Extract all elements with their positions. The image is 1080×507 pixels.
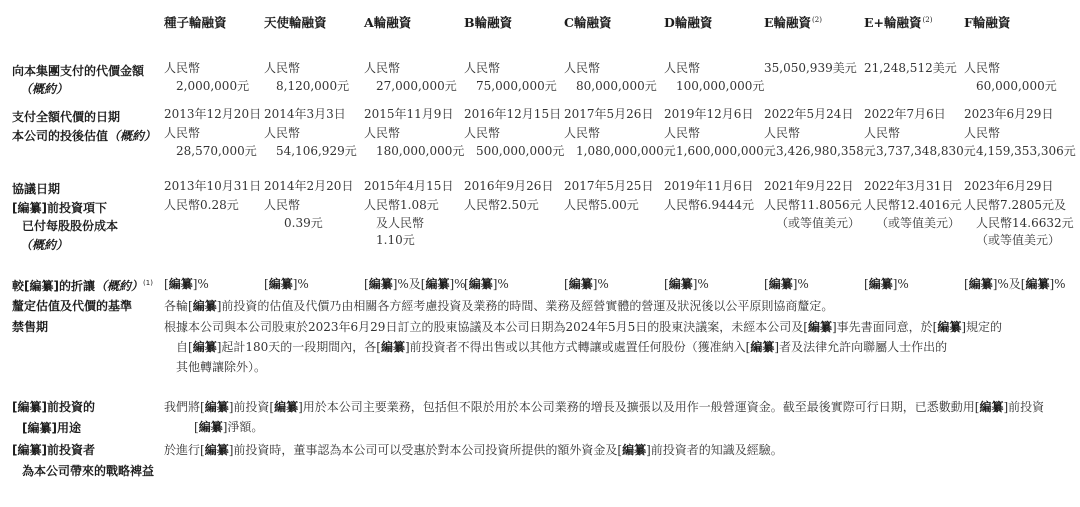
discount-cell: [編纂]% [464, 276, 509, 294]
cost-per-share-cell-line: （或等值美元） [964, 232, 1074, 250]
payment-date-cell: 2023年6月29日 [964, 106, 1053, 124]
cost-per-share-cell: 人民幣2.50元 [464, 197, 539, 215]
valuation-cell: 人民幣1,080,000,000元 [564, 125, 676, 160]
payment-date-cell-line: 2013年12月20日 [164, 106, 261, 124]
cost-per-share-cell: 人民幣6.9444元 [664, 197, 754, 215]
label-cost-per-share-l2: 已付每股股份成本 [22, 217, 118, 234]
valuation-cell-line: 人民幣 [164, 125, 257, 143]
label-discount: 較[編纂]的折讓（概約）(1) [12, 277, 153, 294]
consideration-cell-line: 人民幣 [664, 60, 764, 78]
cost-per-share-cell-line: 人民幣0.28元 [164, 197, 239, 215]
cost-per-share-cell: 人民幣1.08元及人民幣1.10元 [364, 197, 439, 250]
cost-per-share-cell-line: 1.10元 [364, 232, 439, 250]
agreement-date-cell: 2021年9月22日 [764, 178, 853, 196]
column-header: D輪融資 [664, 13, 712, 31]
column-header: C輪融資 [564, 13, 611, 31]
valuation-cell-line: 人民幣 [564, 125, 676, 143]
label-agreement-date: 協議日期 [12, 180, 60, 197]
cost-per-share-cell-line: 人民幣2.50元 [464, 197, 539, 215]
agreement-date-cell-line: 2023年6月29日 [964, 178, 1053, 196]
consideration-cell-line: 35,050,939美元 [764, 60, 857, 78]
cost-per-share-cell-line: 人民幣12.4016元 [864, 197, 962, 215]
valuation-cell-line: 3,426,980,358元 [764, 143, 876, 161]
discount-cell-line: [編纂]% [664, 276, 709, 294]
agreement-date-cell-line: 2021年9月22日 [764, 178, 853, 196]
use-of-proceeds-text: 我們將[編纂]前投資[編纂]用於本公司主要業務，包括但不限於用於本公司業務的增長… [164, 397, 1044, 437]
consideration-cell-line: 75,000,000元 [464, 78, 557, 96]
consideration-cell-line: 人民幣 [264, 60, 349, 78]
payment-date-cell-line: 2023年6月29日 [964, 106, 1053, 124]
valuation-cell-line: 1,080,000,000元 [564, 143, 676, 161]
consideration-cell-line: 100,000,000元 [664, 78, 764, 96]
payment-date-cell: 2014年3月3日 [264, 106, 346, 124]
discount-cell-line: [編纂]% [764, 276, 809, 294]
discount-cell-line: [編纂]% [464, 276, 509, 294]
agreement-date-cell: 2013年10月31日 [164, 178, 261, 196]
valuation-cell: 人民幣180,000,000元 [364, 125, 464, 160]
column-header: 天使輪融資 [264, 13, 327, 31]
cost-per-share-cell: 人民幣0.39元 [264, 197, 323, 232]
valuation-cell-line: 人民幣 [464, 125, 564, 143]
consideration-cell: 人民幣75,000,000元 [464, 60, 557, 95]
cost-per-share-cell-line: 及人民幣 [364, 215, 439, 233]
valuation-cell-line: 人民幣 [764, 125, 876, 143]
payment-date-cell: 2017年5月26日 [564, 106, 653, 124]
column-header: E輪融資(2) [764, 13, 822, 31]
agreement-date-cell-line: 2015年4月15日 [364, 178, 453, 196]
consideration-cell: 21,248,512美元 [864, 60, 957, 78]
valuation-cell: 人民幣54,106,929元 [264, 125, 357, 160]
valuation-cell-line: 人民幣 [364, 125, 464, 143]
consideration-cell: 人民幣2,000,000元 [164, 60, 249, 95]
label-strategic-benefits: [編纂]前投資者 [12, 441, 95, 458]
agreement-date-cell: 2023年6月29日 [964, 178, 1053, 196]
consideration-cell-line: 21,248,512美元 [864, 60, 957, 78]
basis-text: 各輪[編纂]前投資的估值及代價乃由相關各方經考慮投資及業務的時間、業務及經營實體… [164, 296, 833, 316]
cost-per-share-cell-line: 人民幣6.9444元 [664, 197, 754, 215]
column-header: E+輪融資(2) [864, 13, 932, 31]
consideration-cell-line: 人民幣 [464, 60, 557, 78]
valuation-cell-line: 人民幣 [264, 125, 357, 143]
cost-per-share-cell-line: 人民幣14.6632元 [964, 215, 1074, 233]
label-cost-per-share-approx: （概約） [20, 236, 68, 253]
agreement-date-cell-line: 2014年2月20日 [264, 178, 353, 196]
valuation-cell-line: 人民幣 [964, 125, 1076, 143]
valuation-cell-line: 54,106,929元 [264, 143, 357, 161]
label-valuation: 本公司的投後估值（概約） [12, 127, 156, 144]
cost-per-share-cell-line: 人民幣 [264, 197, 323, 215]
consideration-cell: 人民幣27,000,000元 [364, 60, 457, 95]
consideration-cell-line: 人民幣 [364, 60, 457, 78]
payment-date-cell: 2015年11月9日 [364, 106, 453, 124]
discount-cell-line: [編纂]% [864, 276, 909, 294]
consideration-cell: 人民幣80,000,000元 [564, 60, 657, 95]
discount-cell-line: [編纂]%及[編纂]% [964, 276, 1066, 294]
consideration-cell: 人民幣100,000,000元 [664, 60, 764, 95]
valuation-cell-line: 500,000,000元 [464, 143, 564, 161]
discount-cell-line: [編纂]% [564, 276, 609, 294]
agreement-date-cell: 2017年5月25日 [564, 178, 653, 196]
discount-cell: [編纂]% [164, 276, 209, 294]
agreement-date-cell-line: 2017年5月25日 [564, 178, 653, 196]
agreement-date-cell: 2015年4月15日 [364, 178, 453, 196]
label-payment-date: 支付全額代價的日期 [12, 108, 120, 125]
cost-per-share-cell: 人民幣0.28元 [164, 197, 239, 215]
label-cost-per-share: [編纂]前投資項下 [12, 199, 107, 216]
valuation-cell: 人民幣4,159,353,306元 [964, 125, 1076, 160]
label-lockup: 禁售期 [12, 318, 48, 335]
agreement-date-cell-line: 2019年11月6日 [664, 178, 753, 196]
discount-cell: [編纂]% [664, 276, 709, 294]
consideration-cell-line: 人民幣 [564, 60, 657, 78]
cost-per-share-cell-line: 人民幣11.8056元 [764, 197, 862, 215]
valuation-cell-line: 3,737,348,830元 [864, 143, 976, 161]
discount-cell: [編纂]% [864, 276, 909, 294]
cost-per-share-cell-line: 人民幣7.2805元及 [964, 197, 1074, 215]
consideration-cell-line: 人民幣 [164, 60, 249, 78]
discount-cell-line: [編纂]% [264, 276, 309, 294]
cost-per-share-cell: 人民幣5.00元 [564, 197, 639, 215]
payment-date-cell: 2022年5月24日 [764, 106, 853, 124]
label-strategic-benefits-l2: 為本公司帶來的戰略裨益 [22, 462, 154, 479]
column-header: 種子輪融資 [164, 13, 227, 31]
valuation-cell-line: 人民幣 [664, 125, 776, 143]
column-header: A輪融資 [364, 13, 411, 31]
agreement-date-cell-line: 2013年10月31日 [164, 178, 261, 196]
payment-date-cell-line: 2022年7月6日 [864, 106, 946, 124]
payment-date-cell-line: 2017年5月26日 [564, 106, 653, 124]
cost-per-share-cell-line: （或等值美元） [864, 215, 962, 233]
discount-cell-line: [編纂]% [164, 276, 209, 294]
consideration-cell-line: 2,000,000元 [164, 78, 249, 96]
payment-date-cell: 2022年7月6日 [864, 106, 946, 124]
valuation-cell: 人民幣3,426,980,358元 [764, 125, 876, 160]
label-use-of-proceeds: [編纂]前投資的 [12, 398, 95, 415]
payment-date-cell: 2013年12月20日 [164, 106, 261, 124]
agreement-date-cell: 2019年11月6日 [664, 178, 753, 196]
cost-per-share-cell: 人民幣11.8056元（或等值美元） [764, 197, 862, 232]
valuation-cell-line: 4,159,353,306元 [964, 143, 1076, 161]
label-consideration: 向本集團支付的代價金額 [12, 62, 144, 79]
valuation-cell-line: 180,000,000元 [364, 143, 464, 161]
discount-cell: [編纂]% [564, 276, 609, 294]
discount-cell: [編纂]%及[編纂]% [364, 276, 466, 294]
consideration-cell: 人民幣8,120,000元 [264, 60, 349, 95]
strategic-benefits-text: 於進行[編纂]前投資時，董事認為本公司可以受惠於對本公司投資所提供的額外資金及[… [164, 440, 783, 460]
cost-per-share-cell-line: （或等值美元） [764, 215, 862, 233]
column-header: F輪融資 [964, 13, 1010, 31]
label-use-of-proceeds-l2: [編纂]用途 [22, 419, 81, 436]
discount-cell: [編纂]% [764, 276, 809, 294]
discount-cell-line: [編纂]%及[編纂]% [364, 276, 466, 294]
agreement-date-cell-line: 2022年3月31日 [864, 178, 953, 196]
payment-date-cell: 2019年12月6日 [664, 106, 753, 124]
agreement-date-cell: 2016年9月26日 [464, 178, 553, 196]
cost-per-share-cell-line: 0.39元 [264, 215, 323, 233]
agreement-date-cell: 2014年2月20日 [264, 178, 353, 196]
discount-cell: [編纂]%及[編纂]% [964, 276, 1066, 294]
cost-per-share-cell-line: 人民幣5.00元 [564, 197, 639, 215]
agreement-date-cell: 2022年3月31日 [864, 178, 953, 196]
consideration-cell-line: 8,120,000元 [264, 78, 349, 96]
agreement-date-cell-line: 2016年9月26日 [464, 178, 553, 196]
consideration-cell-line: 人民幣 [964, 60, 1057, 78]
valuation-cell: 人民幣1,600,000,000元 [664, 125, 776, 160]
label-basis: 釐定估值及代價的基準 [12, 297, 132, 314]
consideration-cell-line: 60,000,000元 [964, 78, 1057, 96]
payment-date-cell-line: 2015年11月9日 [364, 106, 453, 124]
valuation-cell-line: 28,570,000元 [164, 143, 257, 161]
cost-per-share-cell-line: 人民幣1.08元 [364, 197, 439, 215]
consideration-cell: 35,050,939美元 [764, 60, 857, 78]
consideration-cell-line: 80,000,000元 [564, 78, 657, 96]
payment-date-cell-line: 2014年3月3日 [264, 106, 346, 124]
discount-cell: [編纂]% [264, 276, 309, 294]
valuation-cell: 人民幣28,570,000元 [164, 125, 257, 160]
valuation-cell: 人民幣500,000,000元 [464, 125, 564, 160]
payment-date-cell: 2016年12月15日 [464, 106, 561, 124]
cost-per-share-cell: 人民幣7.2805元及人民幣14.6632元（或等值美元） [964, 197, 1074, 250]
consideration-cell-line: 27,000,000元 [364, 78, 457, 96]
cost-per-share-cell: 人民幣12.4016元（或等值美元） [864, 197, 962, 232]
lockup-text: 根據本公司與本公司股東於2023年6月29日訂立的股東協議及本公司日期為2024… [164, 317, 1002, 377]
column-header: B輪融資 [464, 13, 512, 31]
label-consideration-approx: （概約） [20, 80, 68, 97]
payment-date-cell-line: 2016年12月15日 [464, 106, 561, 124]
valuation-cell-line: 1,600,000,000元 [664, 143, 776, 161]
valuation-cell-line: 人民幣 [864, 125, 976, 143]
payment-date-cell-line: 2022年5月24日 [764, 106, 853, 124]
valuation-cell: 人民幣3,737,348,830元 [864, 125, 976, 160]
payment-date-cell-line: 2019年12月6日 [664, 106, 753, 124]
consideration-cell: 人民幣60,000,000元 [964, 60, 1057, 95]
